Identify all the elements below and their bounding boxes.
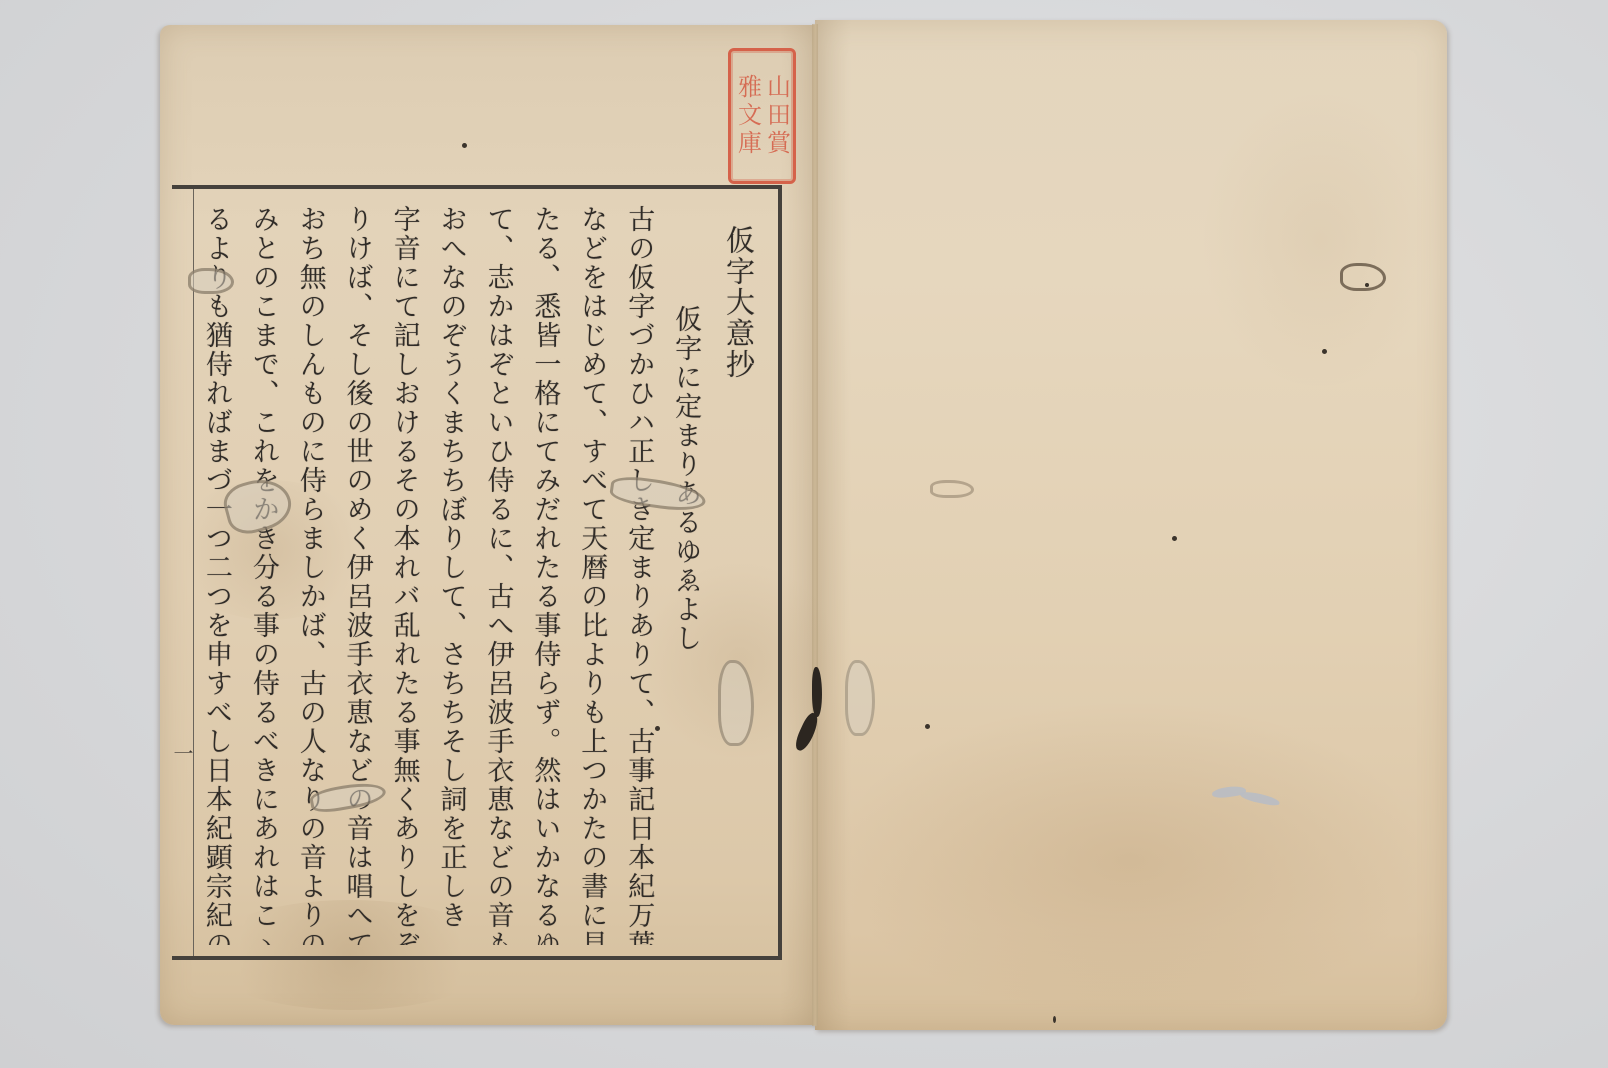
text-columns: 仮字大意抄 仮字に定まりあるゆゑよし 古の仮字づかひハ正しき定まりありて、古事記… [196,205,766,955]
section-heading: 仮字に定まりあるゆゑよし [665,205,712,1045]
paper-speck [1322,349,1327,354]
paper-speck [1365,283,1369,287]
paper-speck [462,143,467,148]
book-gutter [812,24,818,1026]
text-column: るよりも猶侍ればまづ一つ二つを申すべし日本紀顕宗紀の [196,205,243,945]
paper-speck [925,724,930,729]
paper-speck [655,726,660,731]
worm-damage [188,268,234,294]
text-column: 古の仮字づかひハ正しき定まりありて、古事記日本紀万葉集 [618,205,665,945]
worm-damage [1340,263,1386,291]
text-column: りけば、そし後の世のめく伊呂波手衣恵などの音は唱へて、 [337,205,384,945]
text-column: 字音にて記しおけるその本れバ乱れたる事無くありしをぞ侍 [384,205,431,945]
frame-margin-line [193,189,194,956]
text-column: おへなのぞうくまちちぼりして、さちちそし詞を正しき [431,205,478,945]
text-column: などをはじめて、すべて天暦の比よりも上つかたの書に見え [571,205,618,945]
open-book: 山田賞 雅文庫 仮字大意抄 仮字に定まりあるゆゑよし 古の仮字づかひハ正しき定ま… [0,0,1608,1068]
ownership-seal: 山田賞 雅文庫 [728,48,796,184]
page-number: 一 [168,743,197,763]
worm-damage [930,480,974,498]
text-column: おち無のしんものに侍らましかば、古の人なりの音よりの文字 [290,205,337,945]
ink-stain [812,667,822,717]
seal-text: 山田賞 [764,74,790,158]
text-column: て、志かはぞといひ侍るに、古へ伊呂波手衣恵などの音もと [478,205,525,945]
text-column: みとのこまで、これをかき分る事の侍るべきにあれはこゝのも [243,205,290,945]
seal-text: 雅文庫 [735,74,761,158]
paper-speck [1172,536,1177,541]
right-page [815,20,1447,1030]
paper-speck [1053,1016,1056,1023]
document-title: 仮字大意抄 [712,205,766,965]
text-column: たる、悉皆一格にてみだれたる事侍らず。然はいかなるゆゑよ [524,205,571,945]
